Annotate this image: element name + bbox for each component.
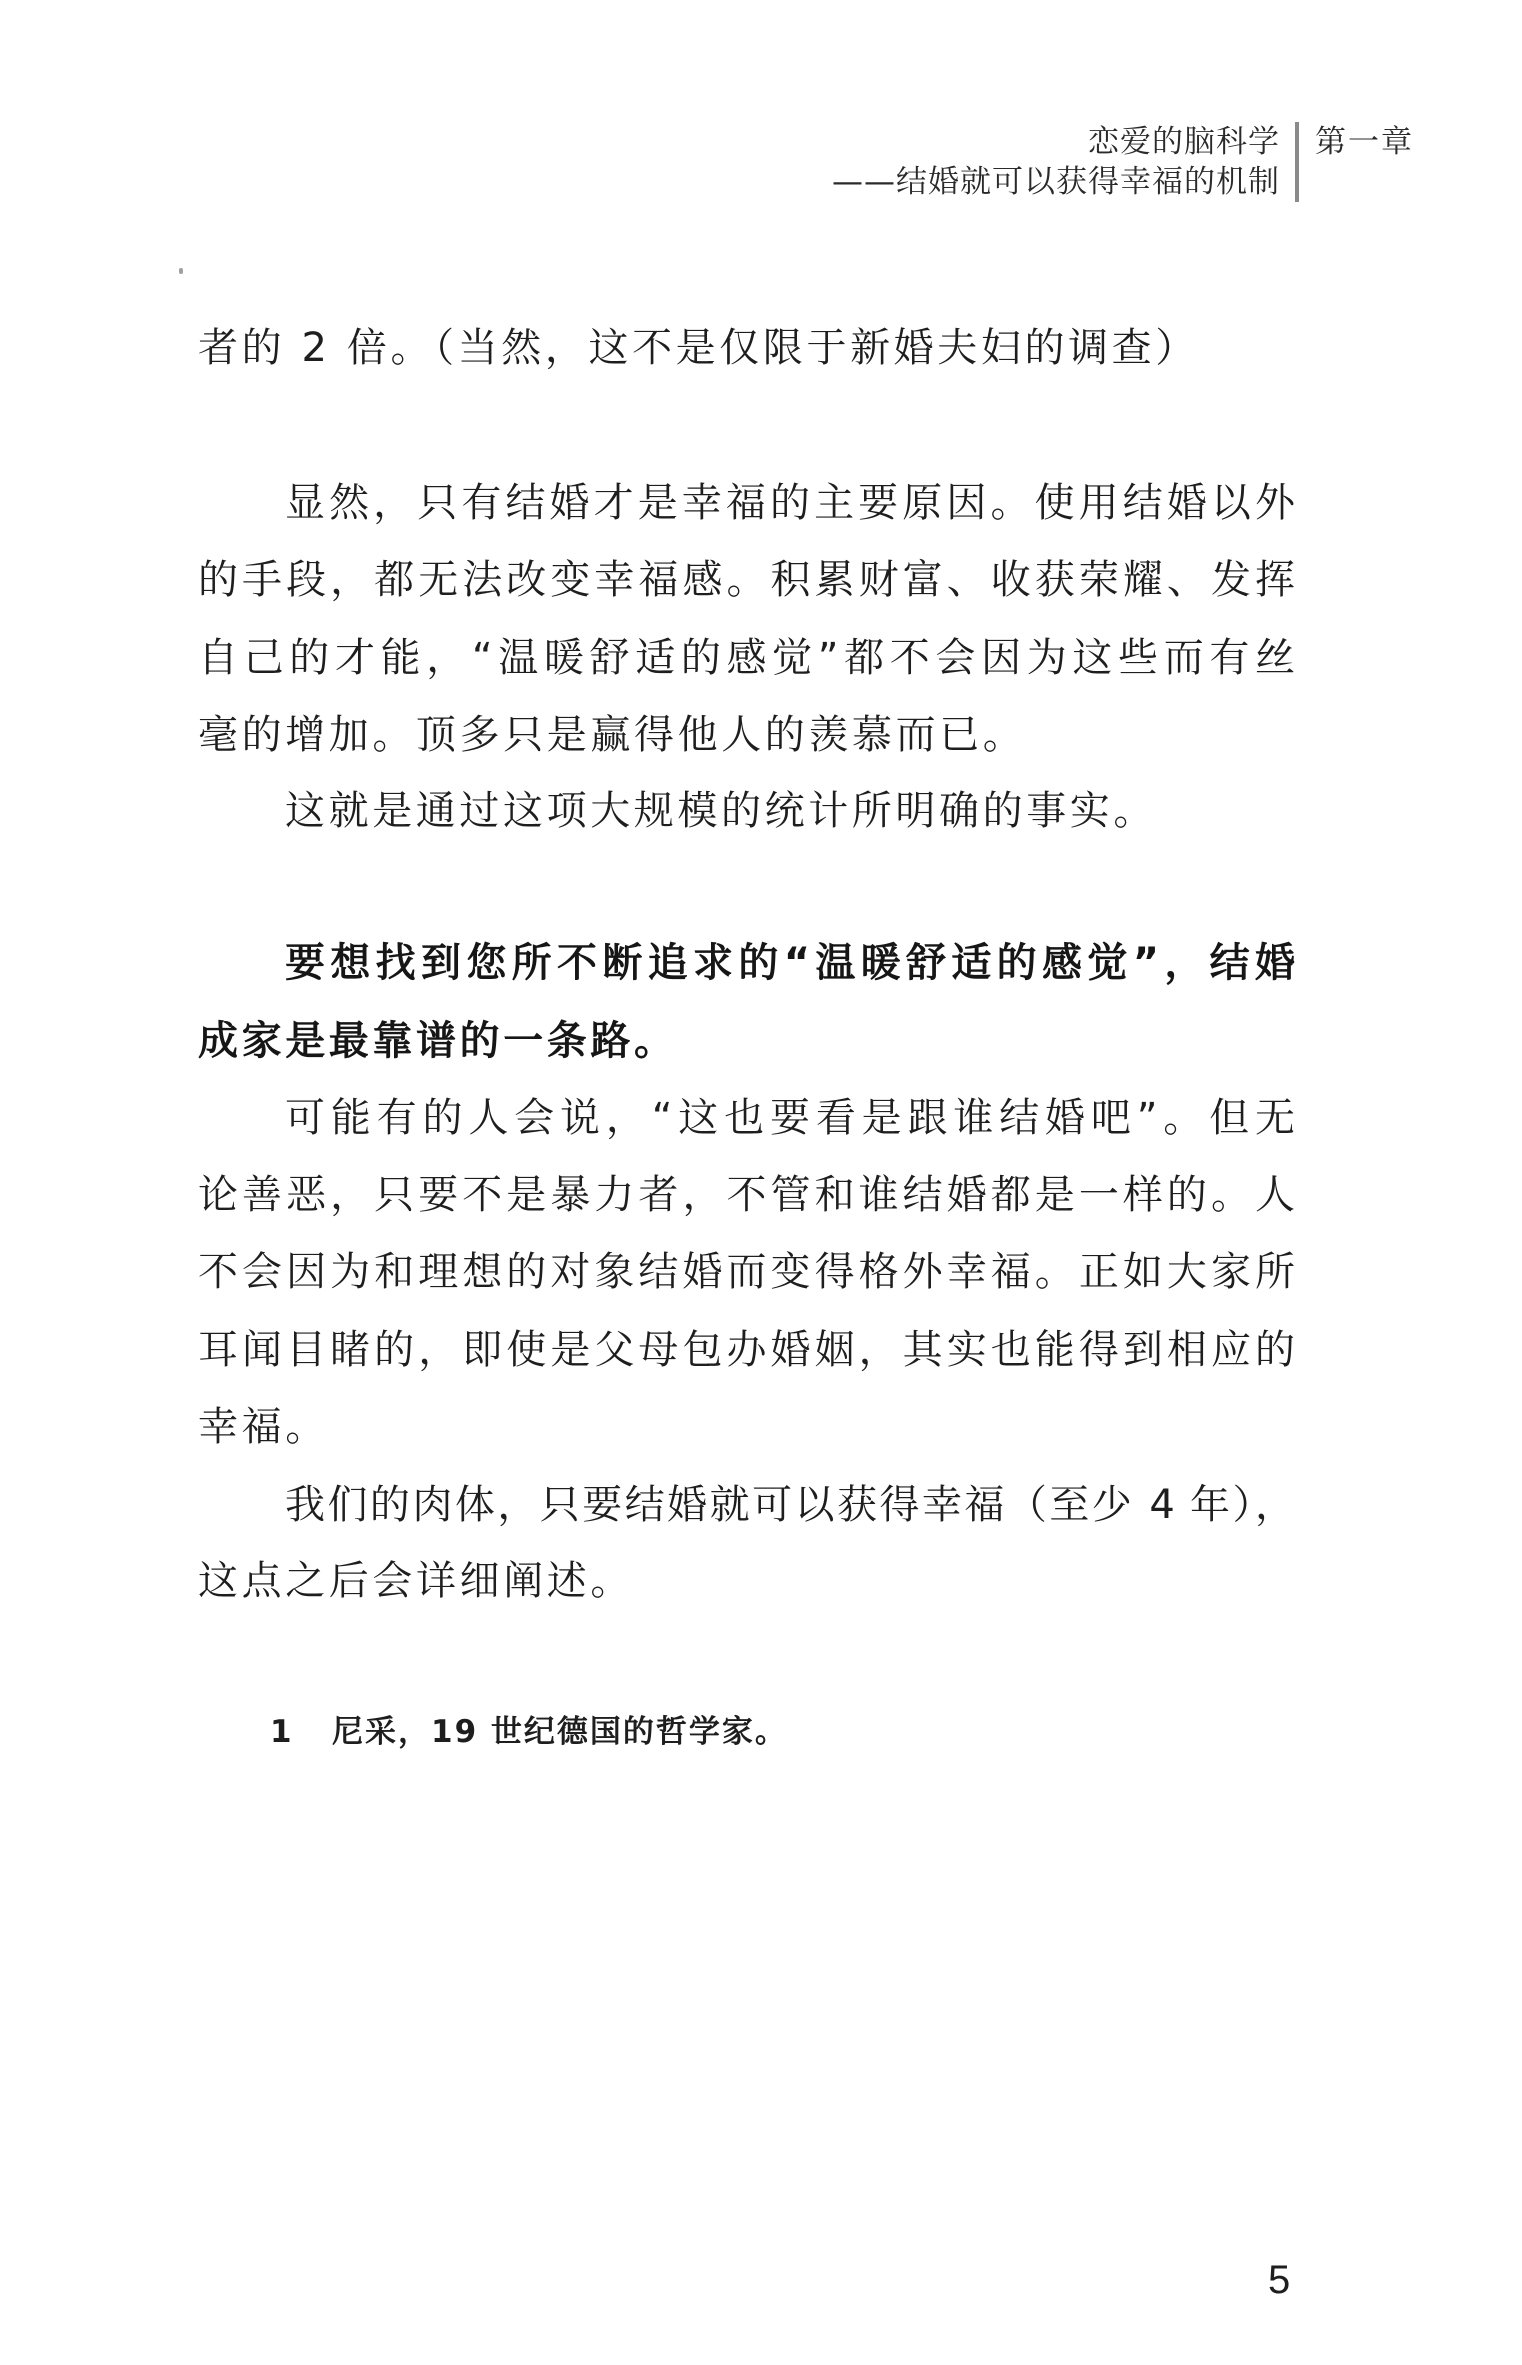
text-line: 我们的肉体，只要结婚就可以获得幸福（至少 4 年）， [285,1483,1295,1527]
running-header-title: 恋爱的脑科学 ——结婚就可以获得幸福的机制 [580,122,1280,202]
text-line: 耳闻目睹的，即使是父母包办婚姻，其实也能得到相应的 [198,1328,1295,1372]
text-line: 幸福。 [198,1405,1295,1449]
text-line: 这就是通过这项大规模的统计所明确的事实。 [285,789,1295,833]
text-line: 毫的增加。顶多只是赢得他人的羡慕而已。 [198,713,1295,757]
book-subtitle: ——结婚就可以获得幸福的机制 [580,162,1280,202]
text-line: 自己的才能，“温暖舒适的感觉”都不会因为这些而有丝 [198,636,1295,680]
scan-speck [179,268,183,274]
footnote-number: 1 [270,1712,332,1752]
page-number: 5 [1268,2258,1290,2302]
footnote: 1尼采，19 世纪德国的哲学家。 [270,1712,788,1752]
text-line: 的手段，都无法改变幸福感。积累财富、收获荣耀、发挥 [198,558,1295,602]
book-page: 恋爱的脑科学 ——结婚就可以获得幸福的机制 第一章 者的 2 倍。（当然，这不是… [0,0,1522,2365]
emphasis-line: 要想找到您所不断追求的“温暖舒适的感觉”，结婚 [285,941,1295,985]
text-line: 显然，只有结婚才是幸福的主要原因。使用结婚以外 [285,481,1295,525]
header-divider [1295,122,1299,202]
chapter-label: 第一章 [1315,122,1414,162]
text-line: 论善恶，只要不是暴力者，不管和谁结婚都是一样的。人 [198,1173,1295,1217]
emphasis-line: 成家是最靠谱的一条路。 [198,1019,1295,1063]
footnote-text: 尼采，19 世纪德国的哲学家。 [332,1714,788,1750]
text-line: 者的 2 倍。（当然，这不是仅限于新婚夫妇的调查） [198,326,1295,370]
text-line: 这点之后会详细阐述。 [198,1559,1295,1603]
text-line: 不会因为和理想的对象结婚而变得格外幸福。正如大家所 [198,1250,1295,1294]
text-line: 可能有的人会说，“这也要看是跟谁结婚吧”。但无 [285,1096,1295,1140]
book-title: 恋爱的脑科学 [580,122,1280,162]
